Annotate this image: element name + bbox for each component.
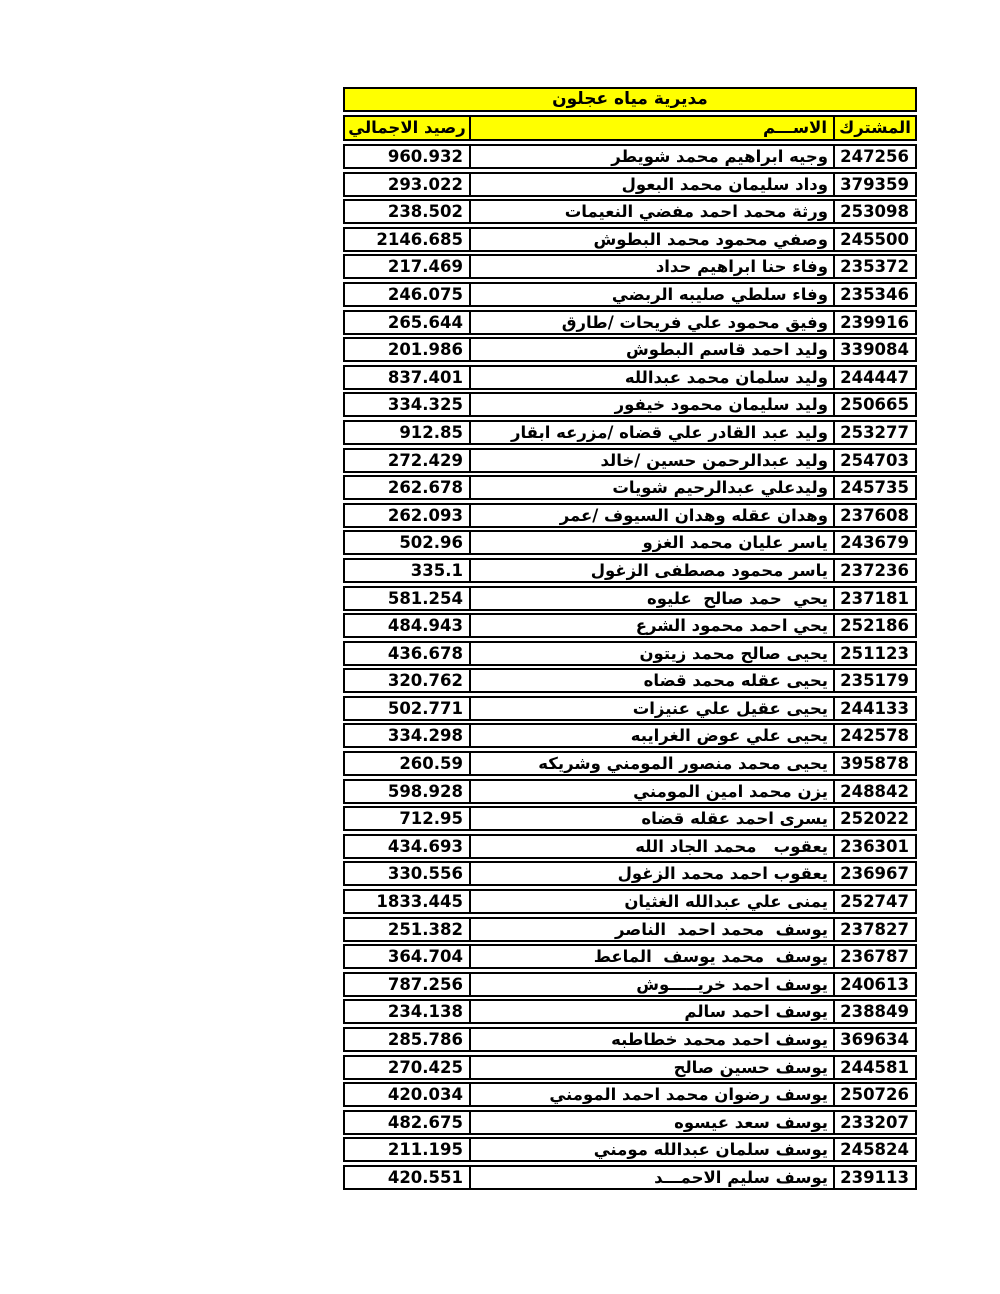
balance-cell: 484.943 bbox=[343, 613, 471, 638]
name-cell: وجيه ابراهيم محمد شويطر bbox=[469, 144, 835, 169]
name-cell: ورثة محمد احمد مفضي النعيمات bbox=[469, 199, 835, 224]
table-row: 420.551 يوسف سليم الاحمـــد 239113 bbox=[343, 1165, 917, 1190]
subscriber-cell: 239916 bbox=[833, 310, 917, 335]
balance-cell: 787.256 bbox=[343, 972, 471, 997]
balance-cell: 293.022 bbox=[343, 172, 471, 197]
balance-cell: 960.932 bbox=[343, 144, 471, 169]
subscriber-cell: 236301 bbox=[833, 834, 917, 859]
balance-cell: 262.678 bbox=[343, 475, 471, 500]
name-cell: يعقوب محمد الجاد الله bbox=[469, 834, 835, 859]
header-balance: رصيد الاجمالي bbox=[343, 115, 471, 141]
table-row: 1833.445 يمنى علي عبدالله الغثيان 252747 bbox=[343, 889, 917, 914]
name-cell: يوسف سلمان عبدالله مومني bbox=[469, 1137, 835, 1162]
subscriber-cell: 250726 bbox=[833, 1082, 917, 1107]
balance-cell: 364.704 bbox=[343, 944, 471, 969]
table-row: 581.254 يحي حمد صالح عليوه 237181 bbox=[343, 586, 917, 611]
balance-cell: 1833.445 bbox=[343, 889, 471, 914]
balance-cell: 420.034 bbox=[343, 1082, 471, 1107]
subscriber-cell: 252747 bbox=[833, 889, 917, 914]
subscriber-cell: 236787 bbox=[833, 944, 917, 969]
subscriber-cell: 238849 bbox=[833, 999, 917, 1024]
subscriber-cell: 240613 bbox=[833, 972, 917, 997]
subscriber-cell: 251123 bbox=[833, 641, 917, 666]
subscriber-cell: 244447 bbox=[833, 365, 917, 390]
table-row: 335.1 ياسر محمود مصطفى الزغول 237236 bbox=[343, 558, 917, 583]
name-cell: يعقوب احمد محمد الزغول bbox=[469, 861, 835, 886]
balance-cell: 270.425 bbox=[343, 1055, 471, 1080]
table-header: رصيد الاجمالي الاســـم المشترك bbox=[343, 115, 917, 141]
balance-cell: 217.469 bbox=[343, 254, 471, 279]
subscriber-cell: 236967 bbox=[833, 861, 917, 886]
name-cell: يوسف رضوان محمد احمد المومني bbox=[469, 1082, 835, 1107]
subscriber-cell: 379359 bbox=[833, 172, 917, 197]
header-subscriber: المشترك bbox=[833, 115, 917, 141]
balance-cell: 334.325 bbox=[343, 392, 471, 417]
table-row: 2146.685 وصفي محمود محمد البطوش 245500 bbox=[343, 227, 917, 252]
table-row: 272.429 وليد عبدالرحمن حسين /خالد 254703 bbox=[343, 448, 917, 473]
name-cell: وصفي محمود محمد البطوش bbox=[469, 227, 835, 252]
balance-cell: 436.678 bbox=[343, 641, 471, 666]
name-cell: وداد سليمان محمد البعول bbox=[469, 172, 835, 197]
table-row: 502.771 يحيى عقيل علي عنيزات 244133 bbox=[343, 696, 917, 721]
table-row: 211.195 يوسف سلمان عبدالله مومني 245824 bbox=[343, 1137, 917, 1162]
table-row: 246.075 وفاء سلطي صليبه الربضي 235346 bbox=[343, 282, 917, 307]
subscriber-cell: 235372 bbox=[833, 254, 917, 279]
subscriber-cell: 369634 bbox=[833, 1027, 917, 1052]
subscriber-cell: 253098 bbox=[833, 199, 917, 224]
table-row: 837.401 وليد سلمان محمد عبدالله 244447 bbox=[343, 365, 917, 390]
balance-cell: 581.254 bbox=[343, 586, 471, 611]
table-body: 960.932 وجيه ابراهيم محمد شويطر 247256 2… bbox=[343, 144, 917, 1190]
subscriber-cell: 237236 bbox=[833, 558, 917, 583]
balance-cell: 837.401 bbox=[343, 365, 471, 390]
name-cell: يحيى علي عوض الغرايبه bbox=[469, 723, 835, 748]
name-cell: يحيى صالح محمد زيتون bbox=[469, 641, 835, 666]
table-row: 334.298 يحيى علي عوض الغرايبه 242578 bbox=[343, 723, 917, 748]
table-row: 234.138 يوسف احمد سالم 238849 bbox=[343, 999, 917, 1024]
table-row: 598.928 يزن محمد امين المومني 248842 bbox=[343, 779, 917, 804]
name-cell: وفاء سلطي صليبه الربضي bbox=[469, 282, 835, 307]
table-title: مديرية مياه عجلون bbox=[343, 87, 917, 112]
name-cell: يحي احمد محمود الشرع bbox=[469, 613, 835, 638]
table-row: 436.678 يحيى صالح محمد زيتون 251123 bbox=[343, 641, 917, 666]
name-cell: وفيق محمود علي فريحات /طارق bbox=[469, 310, 835, 335]
balance-cell: 2146.685 bbox=[343, 227, 471, 252]
table-row: 262.678 وليدعلي عبدالرحيم شويات 245735 bbox=[343, 475, 917, 500]
table-row: 960.932 وجيه ابراهيم محمد شويطر 247256 bbox=[343, 144, 917, 169]
name-cell: وليد احمد قاسم البطوش bbox=[469, 337, 835, 362]
name-cell: يوسف سعد عيسوه bbox=[469, 1110, 835, 1135]
name-cell: ياسر محمود مصطفى الزغول bbox=[469, 558, 835, 583]
table-row: 262.093 وهدان عقله وهدان السيوف /عمر 237… bbox=[343, 503, 917, 528]
name-cell: يحي حمد صالح عليوه bbox=[469, 586, 835, 611]
name-cell: يمنى علي عبدالله الغثيان bbox=[469, 889, 835, 914]
subscriber-cell: 233207 bbox=[833, 1110, 917, 1135]
name-cell: يحيى عقله محمد قضاه bbox=[469, 668, 835, 693]
name-cell: يوسف محمد احمد الناصر bbox=[469, 917, 835, 942]
subscriber-cell: 243679 bbox=[833, 530, 917, 555]
subscriber-cell: 245500 bbox=[833, 227, 917, 252]
name-cell: يوسف محمد يوسف الماعط bbox=[469, 944, 835, 969]
balance-cell: 260.59 bbox=[343, 751, 471, 776]
subscriber-cell: 395878 bbox=[833, 751, 917, 776]
water-directorate-balance-table: مديرية مياه عجلون رصيد الاجمالي الاســـم… bbox=[343, 87, 917, 1193]
balance-cell: 265.644 bbox=[343, 310, 471, 335]
subscriber-cell: 244581 bbox=[833, 1055, 917, 1080]
table-row: 330.556 يعقوب احمد محمد الزغول 236967 bbox=[343, 861, 917, 886]
header-name: الاســـم bbox=[469, 115, 835, 141]
table-row: 364.704 يوسف محمد يوسف الماعط 236787 bbox=[343, 944, 917, 969]
table-row: 320.762 يحيى عقله محمد قضاه 235179 bbox=[343, 668, 917, 693]
subscriber-cell: 254703 bbox=[833, 448, 917, 473]
subscriber-cell: 252186 bbox=[833, 613, 917, 638]
subscriber-cell: 237181 bbox=[833, 586, 917, 611]
subscriber-cell: 242578 bbox=[833, 723, 917, 748]
subscriber-cell: 245735 bbox=[833, 475, 917, 500]
name-cell: يسرى احمد عقله قضاه bbox=[469, 806, 835, 831]
balance-cell: 234.138 bbox=[343, 999, 471, 1024]
subscriber-cell: 245824 bbox=[833, 1137, 917, 1162]
page: مديرية مياه عجلون رصيد الاجمالي الاســـم… bbox=[0, 0, 1000, 1294]
name-cell: يحيى عقيل علي عنيزات bbox=[469, 696, 835, 721]
table-row: 217.469 وفاء حنا ابراهيم حداد 235372 bbox=[343, 254, 917, 279]
table-row: 270.425 يوسف حسين صالح 244581 bbox=[343, 1055, 917, 1080]
table-row: 293.022 وداد سليمان محمد البعول 379359 bbox=[343, 172, 917, 197]
name-cell: ياسر عليان محمد الغزو bbox=[469, 530, 835, 555]
subscriber-cell: 252022 bbox=[833, 806, 917, 831]
balance-cell: 285.786 bbox=[343, 1027, 471, 1052]
name-cell: وليدعلي عبدالرحيم شويات bbox=[469, 475, 835, 500]
table-row: 285.786 يوسف احمد محمد خطاطبه 369634 bbox=[343, 1027, 917, 1052]
subscriber-cell: 239113 bbox=[833, 1165, 917, 1190]
name-cell: يزن محمد امين المومني bbox=[469, 779, 835, 804]
table-row: 260.59 يحيى محمد منصور المومني وشريكه 39… bbox=[343, 751, 917, 776]
balance-cell: 420.551 bbox=[343, 1165, 471, 1190]
subscriber-cell: 237827 bbox=[833, 917, 917, 942]
name-cell: وفاء حنا ابراهيم حداد bbox=[469, 254, 835, 279]
balance-cell: 335.1 bbox=[343, 558, 471, 583]
balance-cell: 502.771 bbox=[343, 696, 471, 721]
subscriber-cell: 237608 bbox=[833, 503, 917, 528]
name-cell: يوسف احمد خريـــــوش bbox=[469, 972, 835, 997]
balance-cell: 434.693 bbox=[343, 834, 471, 859]
subscriber-cell: 235346 bbox=[833, 282, 917, 307]
name-cell: يوسف سليم الاحمـــد bbox=[469, 1165, 835, 1190]
name-cell: وليد عبدالرحمن حسين /خالد bbox=[469, 448, 835, 473]
subscriber-cell: 253277 bbox=[833, 420, 917, 445]
balance-cell: 912.85 bbox=[343, 420, 471, 445]
name-cell: وليد سلمان محمد عبدالله bbox=[469, 365, 835, 390]
balance-cell: 211.195 bbox=[343, 1137, 471, 1162]
name-cell: وهدان عقله وهدان السيوف /عمر bbox=[469, 503, 835, 528]
table-row: 484.943 يحي احمد محمود الشرع 252186 bbox=[343, 613, 917, 638]
table-row: 787.256 يوسف احمد خريـــــوش 240613 bbox=[343, 972, 917, 997]
name-cell: يوسف احمد محمد خطاطبه bbox=[469, 1027, 835, 1052]
subscriber-cell: 339084 bbox=[833, 337, 917, 362]
subscriber-cell: 244133 bbox=[833, 696, 917, 721]
name-cell: يوسف حسين صالح bbox=[469, 1055, 835, 1080]
name-cell: وليد عبد القادر علي قضاه /مزرعه ابقار bbox=[469, 420, 835, 445]
table-row: 334.325 وليد سليمان محمود خيفور 250665 bbox=[343, 392, 917, 417]
balance-cell: 238.502 bbox=[343, 199, 471, 224]
table-row: 420.034 يوسف رضوان محمد احمد المومني 250… bbox=[343, 1082, 917, 1107]
table-row: 502.96 ياسر عليان محمد الغزو 243679 bbox=[343, 530, 917, 555]
name-cell: وليد سليمان محمود خيفور bbox=[469, 392, 835, 417]
table-row: 251.382 يوسف محمد احمد الناصر 237827 bbox=[343, 917, 917, 942]
subscriber-cell: 248842 bbox=[833, 779, 917, 804]
table-row: 201.986 وليد احمد قاسم البطوش 339084 bbox=[343, 337, 917, 362]
balance-cell: 251.382 bbox=[343, 917, 471, 942]
balance-cell: 201.986 bbox=[343, 337, 471, 362]
subscriber-cell: 235179 bbox=[833, 668, 917, 693]
subscriber-cell: 250665 bbox=[833, 392, 917, 417]
table-row: 238.502 ورثة محمد احمد مفضي النعيمات 253… bbox=[343, 199, 917, 224]
table-row: 712.95 يسرى احمد عقله قضاه 252022 bbox=[343, 806, 917, 831]
balance-cell: 262.093 bbox=[343, 503, 471, 528]
table-row: 912.85 وليد عبد القادر علي قضاه /مزرعه ا… bbox=[343, 420, 917, 445]
balance-cell: 320.762 bbox=[343, 668, 471, 693]
balance-cell: 246.075 bbox=[343, 282, 471, 307]
balance-cell: 502.96 bbox=[343, 530, 471, 555]
name-cell: يحيى محمد منصور المومني وشريكه bbox=[469, 751, 835, 776]
balance-cell: 712.95 bbox=[343, 806, 471, 831]
balance-cell: 330.556 bbox=[343, 861, 471, 886]
balance-cell: 598.928 bbox=[343, 779, 471, 804]
subscriber-cell: 247256 bbox=[833, 144, 917, 169]
name-cell: يوسف احمد سالم bbox=[469, 999, 835, 1024]
balance-cell: 334.298 bbox=[343, 723, 471, 748]
balance-cell: 272.429 bbox=[343, 448, 471, 473]
balance-cell: 482.675 bbox=[343, 1110, 471, 1135]
table-row: 434.693 يعقوب محمد الجاد الله 236301 bbox=[343, 834, 917, 859]
table-row: 265.644 وفيق محمود علي فريحات /طارق 2399… bbox=[343, 310, 917, 335]
table-row: 482.675 يوسف سعد عيسوه 233207 bbox=[343, 1110, 917, 1135]
